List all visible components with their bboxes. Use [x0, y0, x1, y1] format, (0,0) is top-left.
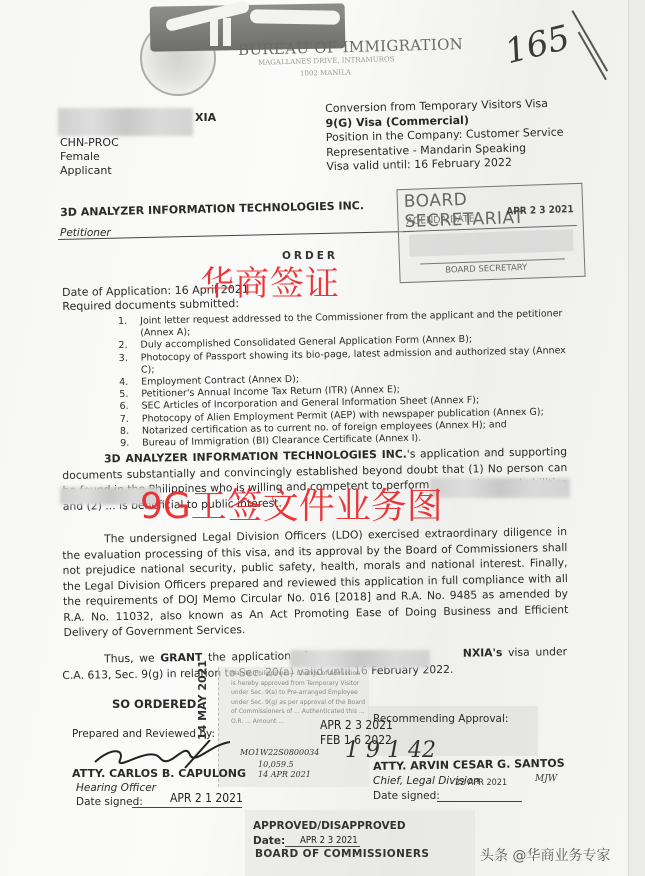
clip-bar: [250, 9, 340, 25]
applicant-role: Applicant: [60, 164, 216, 178]
officer1-name: ATTY. CARLOS B. CAPULONG: [72, 767, 246, 780]
visa-details: Conversion from Temporary Visitors Visa …: [325, 97, 564, 175]
board-date: APR 2 3 2021: [300, 835, 358, 846]
approved-label: APPROVED/DISAPPROVED: [253, 820, 406, 832]
board-name: BOARD OF COMMISSIONERS: [255, 848, 429, 860]
applicant-name-suffix: XIA: [60, 111, 216, 125]
clip-post: [210, 18, 218, 46]
grant-prefix: Thus, we: [104, 651, 160, 665]
document-item-number: 7.: [120, 413, 129, 425]
source-credit: 头条 @华商业务专家: [480, 845, 610, 865]
divider: [58, 231, 413, 240]
agency-city: 1002 MANILA: [300, 68, 351, 77]
handwritten-or-number: MO1W22S0800034: [240, 748, 319, 757]
date-line: [132, 807, 242, 808]
stamp-footer: BOARD SECRETARY: [445, 263, 527, 276]
grant-name-suffix: NXIA's: [463, 646, 503, 660]
redacted-text: [290, 650, 430, 668]
date-line: [285, 846, 360, 847]
recommending-label: Recommending Approval:: [373, 713, 508, 725]
diligence-text: The undersigned Legal Division Officers …: [62, 525, 568, 639]
so-ordered: SO ORDERED.: [112, 697, 201, 711]
handwritten-date: 14 APR 2021: [258, 770, 311, 779]
clip-post: [223, 18, 231, 46]
officer1-title: Hearing Officer: [76, 782, 156, 794]
date-line: [437, 801, 522, 802]
board-date-label: Date:: [253, 835, 285, 847]
stamp-signature-area: [409, 229, 574, 257]
signature-icon: [90, 740, 240, 770]
applicant-block: XIA CHN-PROC Female Applicant: [60, 111, 216, 178]
officer2-name: ATTY. ARVIN CESAR G. SANTOS: [373, 757, 565, 773]
document-item-number: 9.: [120, 438, 129, 450]
pen-stroke: [572, 10, 608, 71]
stamp-agenda-date: APR 2 3 2021: [506, 204, 574, 217]
redacted-text: [430, 478, 570, 498]
document-item-number: 4.: [119, 377, 128, 389]
paragraph-diligence: The undersigned Legal Division Officers …: [62, 524, 569, 640]
petitioner-ref: 3D ANALYZER INFORMATION TECHNOLOGIES INC…: [104, 448, 407, 466]
officer2-date-label: Date signed:: [373, 790, 440, 802]
handwritten-amount: 10,059.5: [258, 760, 294, 769]
required-documents-list: 1.Joint letter request addressed to the …: [118, 308, 575, 450]
watermark-middle: 9G工签文件业务图: [140, 478, 443, 529]
document-item-number: 5.: [119, 389, 128, 401]
document-item-number: 8.: [120, 426, 129, 438]
pen-stroke: [578, 32, 607, 80]
officer2-date: 22 APR 2021: [455, 778, 507, 788]
handwritten-page-number: 165: [501, 18, 574, 73]
officer1-date: APR 2 1 2021: [170, 791, 243, 805]
page-edge: [628, 0, 645, 876]
document-item-number: 1.: [118, 316, 127, 328]
applicant-nationality: CHN-PROC: [60, 136, 216, 150]
officer2-initials: MJW: [535, 774, 557, 784]
petitioner-name: 3D ANALYZER INFORMATION TECHNOLOGIES INC…: [60, 199, 364, 219]
watermark-top: 华商签证: [200, 256, 340, 305]
document-item-number: 3.: [119, 352, 128, 364]
applicant-sex: Female: [60, 150, 216, 164]
document-page: BUREAU OF IMMIGRATION MAGALLANES DRIVE, …: [0, 0, 628, 876]
board-secretariat-stamp: BOARD SECRETARIAT AGENDA DATE: APR 2 3 2…: [396, 183, 585, 283]
document-item-number: 6.: [119, 401, 128, 413]
prepared-label: Prepared and Reviewed by:: [72, 728, 215, 740]
document-item-number: 2.: [118, 340, 127, 352]
